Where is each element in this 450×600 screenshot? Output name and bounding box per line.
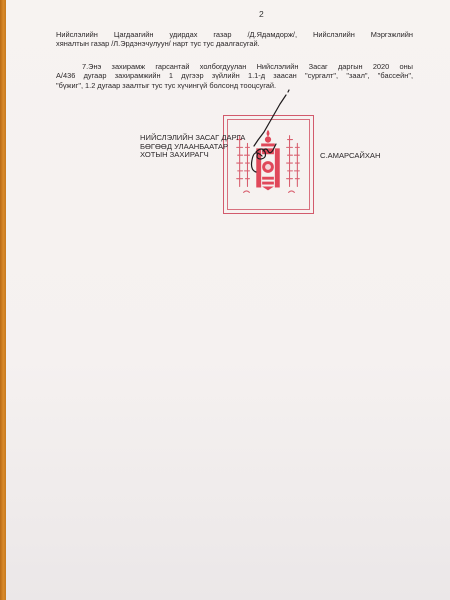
signer-name: С.АМАРСАЙХАН [320,151,380,160]
signatory-title-line: ХОТЫН ЗАХИРАГЧ [140,151,245,160]
paragraph-item-7: 7.Энэ захирамж гарсантай холбогдуулан Ни… [56,62,413,90]
official-stamp [223,115,314,214]
page-number: 2 [259,9,264,19]
paragraph-line: 7.Энэ захирамж гарсантай холбогдуулан Ни… [56,62,413,71]
paragraph-line: А/436 дугаар захирамжийн 1 дүгээр зүйлий… [56,71,413,80]
paragraph-line: хяналтын газар /Л.Эрдэнэчулуун/ нарт тус… [56,39,413,48]
signatory-title: НИЙСЛЭЛИЙН ЗАСАГ ДАРГА БӨГӨӨД УЛААНБААТА… [140,134,245,160]
paragraph-assignment: Нийслэлийн Цагдаагийн удирдах газар /Д.Я… [56,30,413,49]
soyombo-emblem-icon [224,116,313,213]
paragraph-line: "бүжиг", 1.2 дугаар заалтыг тус тус хүчи… [56,81,413,90]
paragraph-line: Нийслэлийн Цагдаагийн удирдах газар /Д.Я… [56,30,413,39]
